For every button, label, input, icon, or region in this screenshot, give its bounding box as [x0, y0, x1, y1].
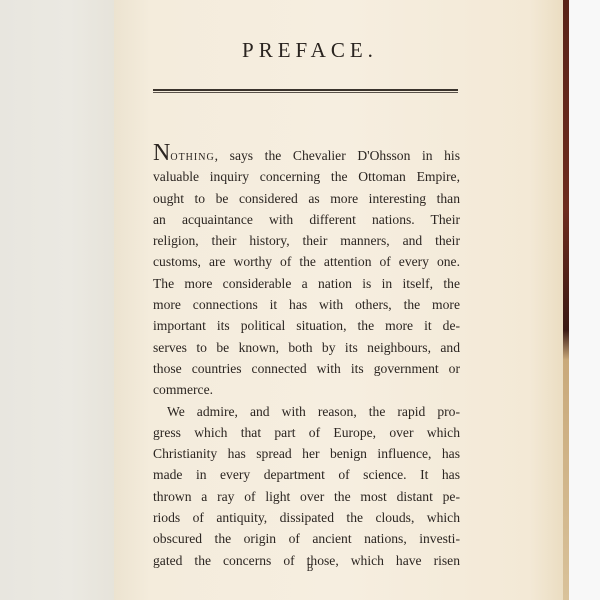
text-line: those countries connected with its gover…	[153, 358, 460, 379]
text-line: religion, their history, their manners, …	[153, 230, 460, 251]
text-line: more connections it has with others, the…	[153, 294, 460, 315]
text-line: riods of antiquity, dissipated the cloud…	[153, 507, 460, 528]
text-line: Nothing, says the Chevalier D'Ohsson in …	[153, 144, 460, 166]
text-line: gress which that part of Europe, over wh…	[153, 422, 460, 443]
text-line: obscured the origin of ancient nations, …	[153, 528, 460, 549]
body-text: Nothing, says the Chevalier D'Ohsson in …	[153, 144, 460, 571]
text-line: customs, are worthy of the attention of …	[153, 251, 460, 272]
text-line: thrown a ray of light over the most dist…	[153, 486, 460, 507]
text-line: We admire, and with reason, the rapid pr…	[153, 401, 460, 422]
book-spread: PREFACE. Nothing, says the Chevalier D'O…	[0, 0, 600, 600]
text-line: valuable inquiry concerning the Ottoman …	[153, 166, 460, 187]
drop-cap: N	[153, 140, 170, 166]
text-line: an acquaintance with different nations. …	[153, 209, 460, 230]
text-line: important its political situation, the m…	[153, 315, 460, 336]
text-line: The more considerable a nation is in its…	[153, 273, 460, 294]
background	[569, 0, 600, 600]
text-line: made in every department of science. It …	[153, 464, 460, 485]
text-line: Christianity has spread her benign influ…	[153, 443, 460, 464]
text-line: commerce.	[153, 379, 460, 400]
signature-mark: B	[290, 563, 330, 574]
text-line: ought to be considered as more interesti…	[153, 188, 460, 209]
first-word-smallcaps: othing	[170, 148, 214, 163]
title-rule	[153, 89, 458, 93]
facing-leaf	[0, 0, 116, 600]
page-title: PREFACE.	[150, 38, 470, 63]
text-line: serves to be known, both by its neighbou…	[153, 337, 460, 358]
